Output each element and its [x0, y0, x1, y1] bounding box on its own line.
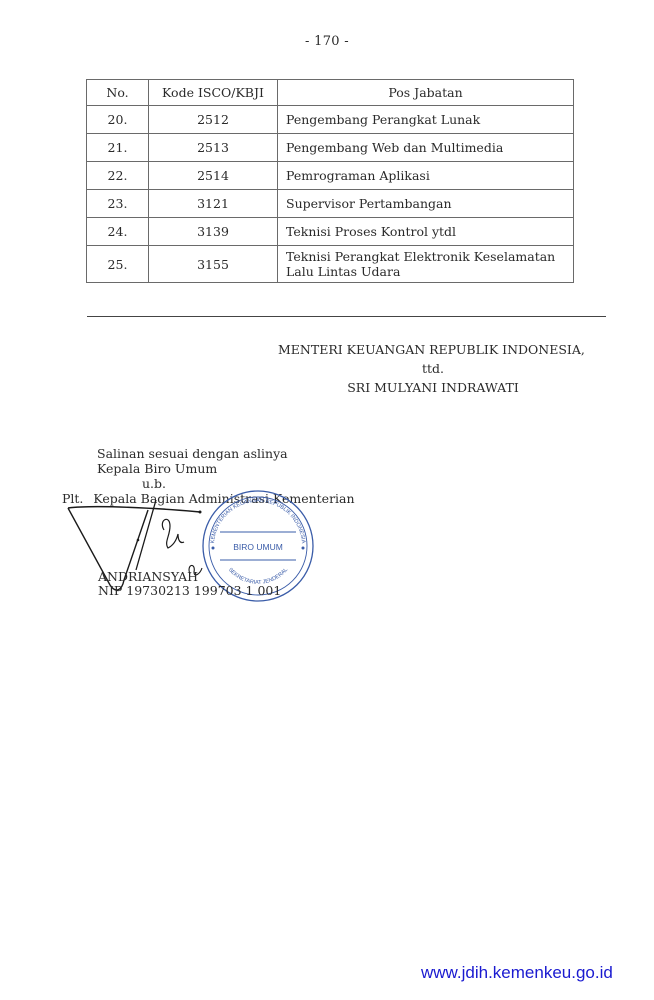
row-no: 20. [87, 106, 149, 134]
page-number: - 170 - [0, 34, 654, 49]
official-name-block: ANDRIANSYAH NIP 19730213 199703 1 001 [98, 570, 281, 598]
signatory-name: SRI MULYANI INDRAWATI [278, 378, 588, 397]
table-row: 25. 3155 Teknisi Perangkat Elektronik Ke… [87, 246, 574, 283]
signatory-position: MENTERI KEUANGAN REPUBLIK INDONESIA, [278, 340, 588, 359]
row-title: Pengembang Web dan Multimedia [278, 134, 574, 162]
header-no: No. [87, 80, 149, 106]
row-code: 3155 [149, 246, 278, 283]
table-row: 20. 2512 Pengembang Perangkat Lunak [87, 106, 574, 134]
row-code: 2512 [149, 106, 278, 134]
row-no: 23. [87, 190, 149, 218]
row-code: 3121 [149, 190, 278, 218]
table-row: 21. 2513 Pengembang Web dan Multimedia [87, 134, 574, 162]
horizontal-separator [87, 316, 606, 317]
table-row: 22. 2514 Pemrograman Aplikasi [87, 162, 574, 190]
row-no: 25. [87, 246, 149, 283]
row-no: 24. [87, 218, 149, 246]
table-header-row: No. Kode ISCO/KBJI Pos Jabatan [87, 80, 574, 106]
stamp-center-text: BIRO UMUM [233, 542, 283, 552]
row-code: 2513 [149, 134, 278, 162]
table-row: 23. 3121 Supervisor Pertambangan [87, 190, 574, 218]
jdih-website-link[interactable]: www.jdih.kemenkeu.go.id [421, 963, 613, 983]
row-no: 22. [87, 162, 149, 190]
official-name: ANDRIANSYAH [98, 570, 281, 584]
job-position-table: No. Kode ISCO/KBJI Pos Jabatan 20. 2512 … [86, 79, 574, 283]
copy-office: Kepala Biro Umum [62, 461, 355, 476]
header-position: Pos Jabatan [278, 80, 574, 106]
row-title: Pengembang Perangkat Lunak [278, 106, 574, 134]
copy-statement: Salinan sesuai dengan aslinya [62, 446, 355, 461]
row-title: Supervisor Pertambangan [278, 190, 574, 218]
row-title: Teknisi Perangkat Elektronik Keselamatan… [278, 246, 574, 283]
table-row: 24. 3139 Teknisi Proses Kontrol ytdl [87, 218, 574, 246]
header-code: Kode ISCO/KBJI [149, 80, 278, 106]
signatory-block: MENTERI KEUANGAN REPUBLIK INDONESIA, ttd… [278, 340, 588, 397]
row-no: 21. [87, 134, 149, 162]
row-code: 2514 [149, 162, 278, 190]
row-title: Teknisi Proses Kontrol ytdl [278, 218, 574, 246]
signatory-signed: ttd. [278, 359, 588, 378]
row-title: Pemrograman Aplikasi [278, 162, 574, 190]
row-code: 3139 [149, 218, 278, 246]
official-nip: NIP 19730213 199703 1 001 [98, 584, 281, 598]
